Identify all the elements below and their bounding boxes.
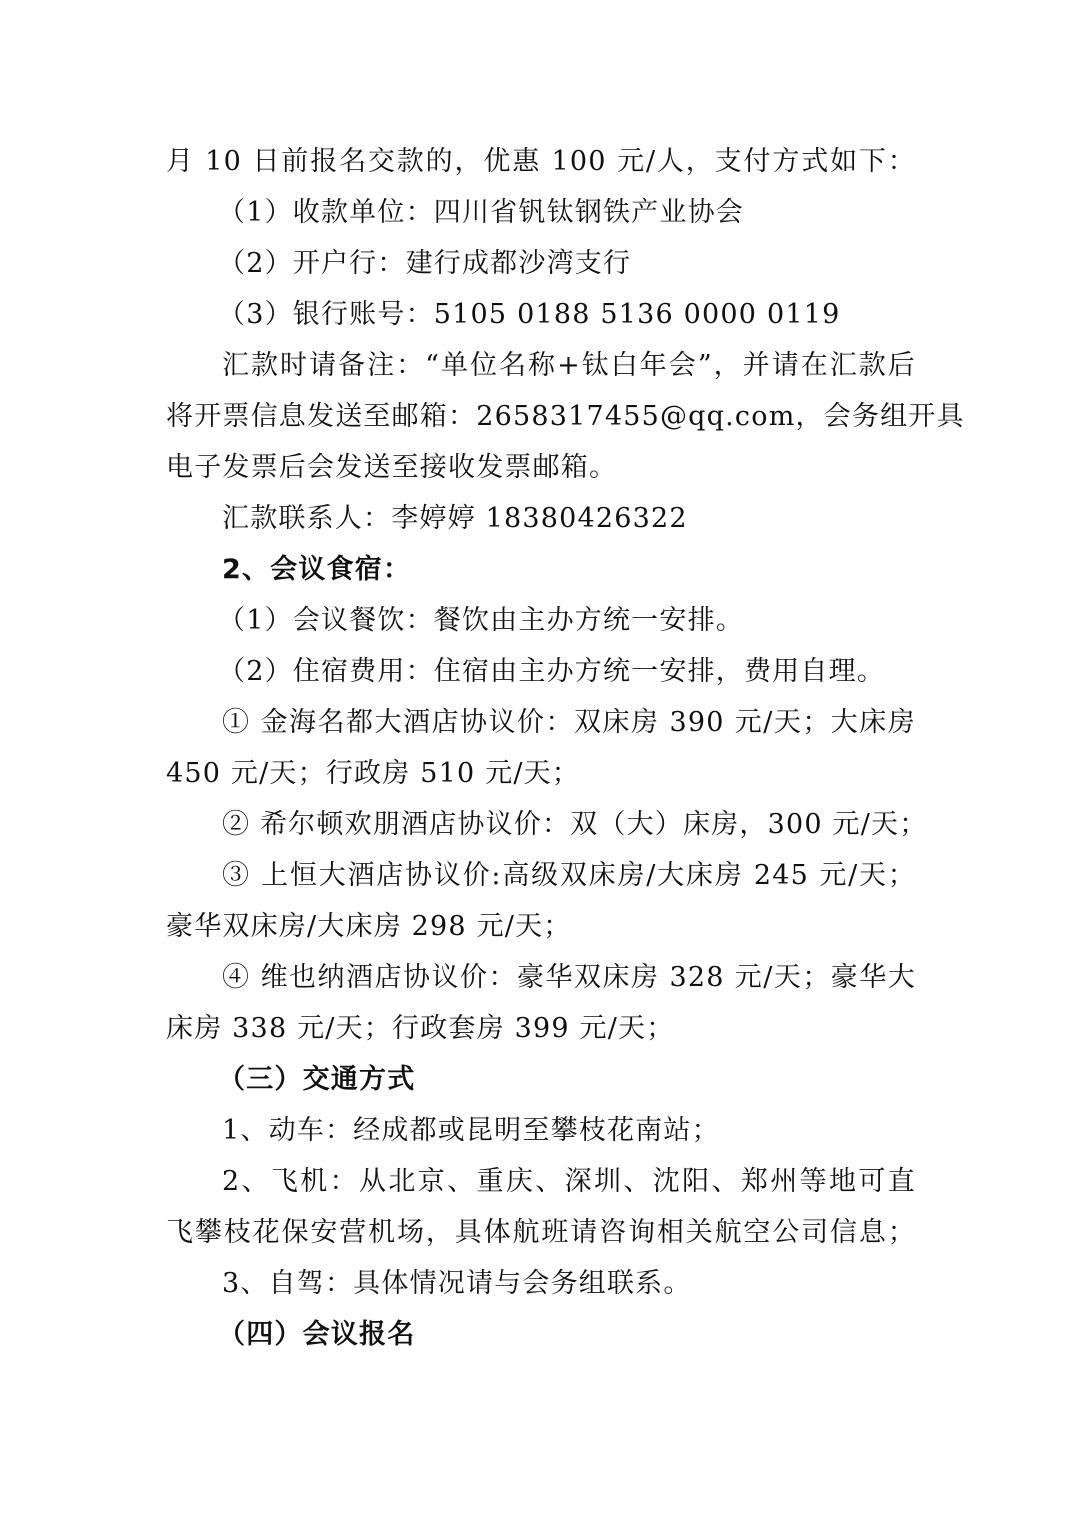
document-page: 月 10 日前报名交款的，优惠 100 元/人，支付方式如下： （1）收款单位：… xyxy=(0,0,1080,1527)
remittance-note-line: 汇款时请备注：“单位名称+钛白年会”，并请在汇款后 xyxy=(222,349,916,383)
section-heading-transport: （三）交通方式 xyxy=(218,1063,415,1097)
section-heading-registration: （四）会议报名 xyxy=(218,1318,415,1352)
hotel-1-line: ① 金海名都大酒店协议价：双床房 390 元/天；大床房 xyxy=(222,706,916,740)
transport-plane-line: 2、飞机：从北京、重庆、深圳、沈阳、郑州等地可直 xyxy=(222,1165,916,1199)
invoice-email-line-cont: 电子发票后会发送至接收发票邮箱。 xyxy=(166,451,617,485)
invoice-email-line: 将开票信息发送至邮箱：2658317455@qq.com，会务组开具 xyxy=(166,400,916,434)
hotel-1-line-cont: 450 元/天；行政房 510 元/天； xyxy=(166,757,580,791)
hotel-4-line: ④ 维也纳酒店协议价：豪华双床房 328 元/天；豪华大 xyxy=(222,961,916,995)
transport-train-line: 1、动车：经成都或昆明至攀枝花南站； xyxy=(222,1114,720,1148)
hotel-3-line-cont: 豪华双床房/大床房 298 元/天； xyxy=(166,910,572,944)
hotel-4-line-cont: 床房 338 元/天；行政套房 399 元/天； xyxy=(166,1012,674,1046)
meals-line: （1）会议餐饮：餐饮由主办方统一安排。 xyxy=(218,604,744,638)
payment-intro-line: 月 10 日前报名交款的，优惠 100 元/人，支付方式如下： xyxy=(166,145,916,179)
hotel-3-line: ③ 上恒大酒店协议价:高级双床房/大床房 245 元/天； xyxy=(222,859,916,893)
bank-line: （2）开户行：建行成都沙湾支行 xyxy=(218,247,631,281)
payee-line: （1）收款单位：四川省钒钛钢铁产业协会 xyxy=(218,196,744,230)
lodging-fee-line: （2）住宿费用：住宿由主办方统一安排，费用自理。 xyxy=(218,655,885,689)
section-heading-accommodation: 2、会议食宿： xyxy=(222,553,411,587)
account-number-line: （3）银行账号：5105 0188 5136 0000 0119 xyxy=(218,298,840,332)
transport-plane-line-cont: 飞攀枝花保安营机场，具体航班请咨询相关航空公司信息； xyxy=(166,1216,916,1250)
hotel-2-line: ② 希尔顿欢朋酒店协议价：双（大）床房，300 元/天； xyxy=(222,808,916,842)
remittance-contact-line: 汇款联系人：李婷婷 18380426322 xyxy=(222,502,688,536)
transport-drive-line: 3、自驾：具体情况请与会务组联系。 xyxy=(222,1267,692,1301)
